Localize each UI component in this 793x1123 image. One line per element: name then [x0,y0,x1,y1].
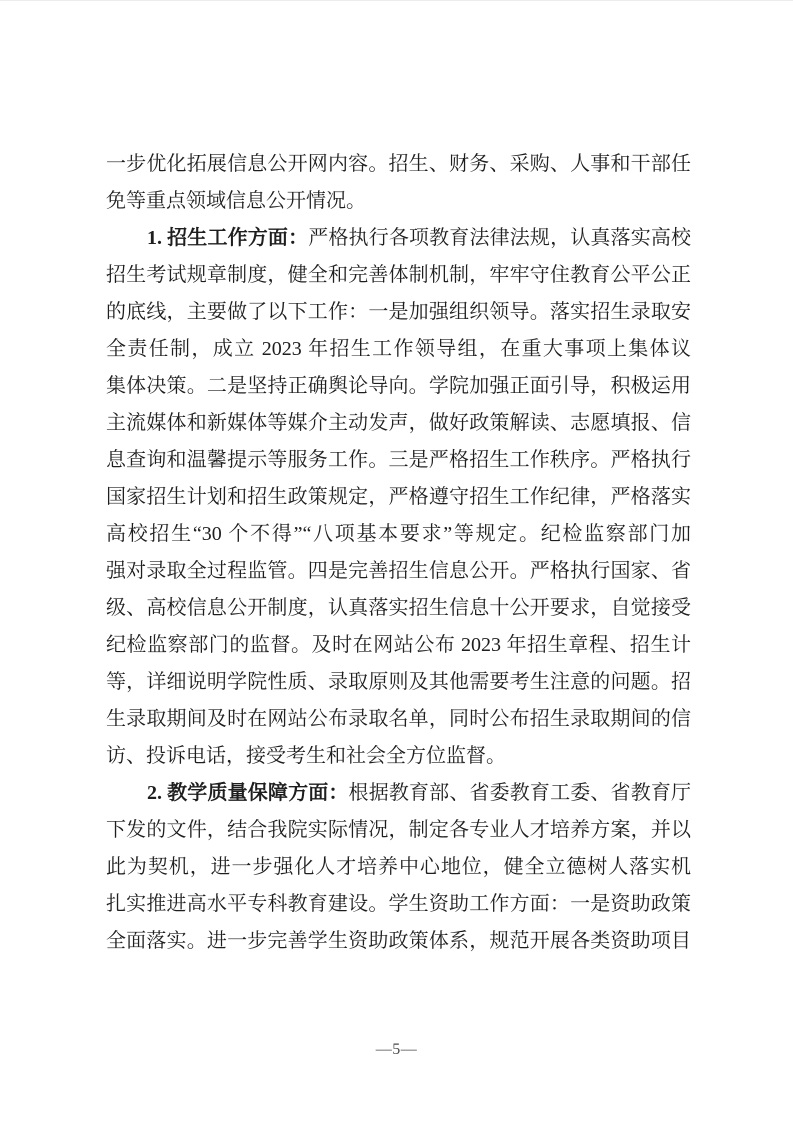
document-body: 一步优化拓展信息公开网内容。招生、财务、采购、人事和干部任免等重点领域信息公开情… [106,146,691,960]
text-line: 扎实推进高水平专科教育建设。学生资助工作方面：一是资助政策 [106,886,691,923]
text-line: 1. 招生工作方面：严格执行各项教育法律法规，认真落实高校 [106,220,691,257]
text-line: 纪检监察部门的监督。及时在网站公布 2023 年招生章程、招生计划 [106,627,691,664]
text-line: 全面落实。进一步完善学生资助政策体系，规范开展各类资助项目 [106,923,691,960]
text-segment: 级、高校信息公开制度，认真落实招生信息十公开要求，自觉接受 [106,597,691,619]
text-line: 一步优化拓展信息公开网内容。招生、财务、采购、人事和干部任 [106,146,691,183]
text-line: 集体决策。二是坚持正确舆论导向。学院加强正面引导，积极运用 [106,368,691,405]
text-segment: 访、投诉电话，接受考生和社会全方位监督。 [106,745,506,767]
text-segment: 下发的文件，结合我院实际情况，制定各专业人才培养方案，并以 [106,819,691,841]
text-segment: 根据教育部、省委教育工委、省教育厅 [349,782,691,804]
text-segment: 的底线，主要做了以下工作：一是加强组织领导。落实招生录取安 [106,301,691,323]
text-line: 下发的文件，结合我院实际情况，制定各专业人才培养方案，并以 [106,812,691,849]
text-line: 此为契机，进一步强化人才培养中心地位，健全立德树人落实机制， [106,849,691,886]
text-segment: 高校招生“30 个不得”“八项基本要求”等规定。纪检监察部门加 [106,523,691,545]
text-segment: 集体决策。二是坚持正确舆论导向。学院加强正面引导，积极运用 [106,375,691,397]
text-segment: 纪检监察部门的监督。及时在网站公布 2023 年招生章程、招生计划 [106,634,691,664]
text-line: 等，详细说明学院性质、录取原则及其他需要考生注意的问题。招 [106,664,691,701]
text-segment: 免等重点领域信息公开情况。 [106,190,366,212]
text-line: 生录取期间及时在网站公布录取名单，同时公布招生录取期间的信 [106,701,691,738]
text-line: 级、高校信息公开制度，认真落实招生信息十公开要求，自觉接受 [106,590,691,627]
text-segment: 国家招生计划和招生政策规定，严格遵守招生工作纪律，严格落实 [106,486,691,508]
text-segment: 息查询和温馨提示等服务工作。三是严格招生工作秩序。严格执行 [106,449,691,471]
document-page: 一步优化拓展信息公开网内容。招生、财务、采购、人事和干部任免等重点领域信息公开情… [0,0,793,1123]
text-line: 主流媒体和新媒体等媒介主动发声，做好政策解读、志愿填报、信 [106,405,691,442]
bold-heading: 2. 教学质量保障方面： [147,782,349,804]
text-line: 招生考试规章制度，健全和完善体制机制，牢牢守住教育公平公正 [106,257,691,294]
text-line: 国家招生计划和招生政策规定，严格遵守招生工作纪律，严格落实 [106,479,691,516]
text-segment: 扎实推进高水平专科教育建设。学生资助工作方面：一是资助政策 [106,893,691,915]
text-segment: 此为契机，进一步强化人才培养中心地位，健全立德树人落实机制， [106,856,691,886]
text-line: 息查询和温馨提示等服务工作。三是严格招生工作秩序。严格执行 [106,442,691,479]
text-line: 全责任制，成立 2023 年招生工作领导组，在重大事项上集体议事、 [106,331,691,368]
text-segment: 全责任制，成立 2023 年招生工作领导组，在重大事项上集体议事、 [106,338,691,368]
text-segment: 严格执行各项教育法律法规，认真落实高校 [308,227,691,249]
text-segment: 等，详细说明学院性质、录取原则及其他需要考生注意的问题。招 [106,671,691,693]
text-line: 高校招生“30 个不得”“八项基本要求”等规定。纪检监察部门加 [106,516,691,553]
page-number: —5— [0,1041,793,1059]
text-segment: 主流媒体和新媒体等媒介主动发声，做好政策解读、志愿填报、信 [106,412,691,434]
text-line: 2. 教学质量保障方面：根据教育部、省委教育工委、省教育厅 [106,775,691,812]
text-segment: 全面落实。进一步完善学生资助政策体系，规范开展各类资助项目 [106,930,691,952]
text-segment: 招生考试规章制度，健全和完善体制机制，牢牢守住教育公平公正 [106,264,691,286]
text-segment: 一步优化拓展信息公开网内容。招生、财务、采购、人事和干部任 [106,153,691,175]
bold-heading: 1. 招生工作方面： [147,227,308,249]
text-segment: 强对录取全过程监管。四是完善招生信息公开。严格执行国家、省 [106,560,691,582]
text-line: 强对录取全过程监管。四是完善招生信息公开。严格执行国家、省 [106,553,691,590]
text-line: 免等重点领域信息公开情况。 [106,183,691,220]
text-line: 访、投诉电话，接受考生和社会全方位监督。 [106,738,691,775]
text-line: 的底线，主要做了以下工作：一是加强组织领导。落实招生录取安 [106,294,691,331]
text-segment: 生录取期间及时在网站公布录取名单，同时公布招生录取期间的信 [106,708,691,730]
